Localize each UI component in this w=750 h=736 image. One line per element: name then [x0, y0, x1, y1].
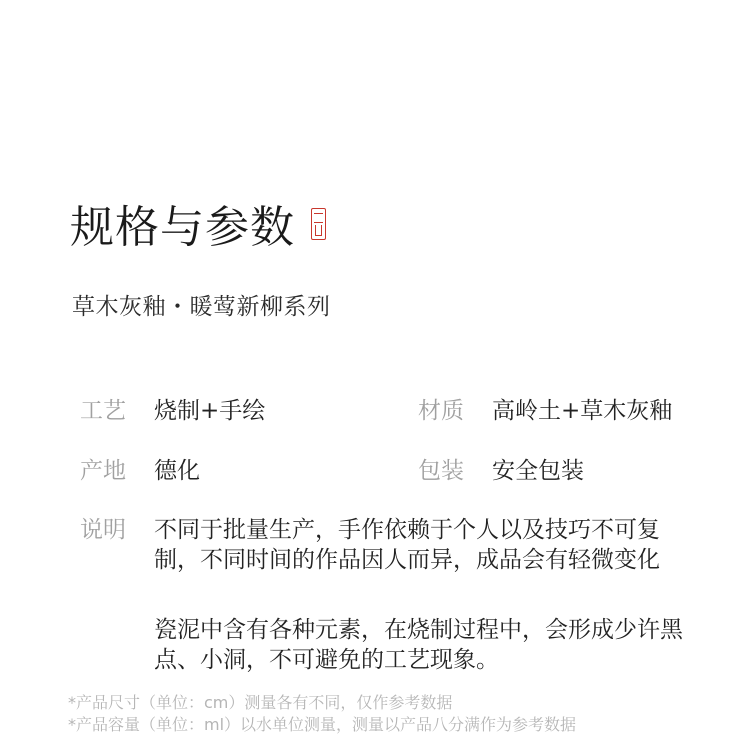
- title-row: 规格与参数: [70, 200, 326, 256]
- description-body: 不同于批量生产，手作依赖于个人以及技巧不可复制，不同时间的作品因人而异，成品会有…: [154, 515, 684, 675]
- footnote-size: *产品尺寸（单位：cm）测量各有不同，仅作参考数据: [68, 692, 576, 714]
- description-section: 说明 不同于批量生产，手作依赖于个人以及技巧不可复制，不同时间的作品因人而异，成…: [80, 515, 684, 675]
- spec-origin: 产地 德化: [80, 456, 200, 486]
- spec-label: 工艺: [80, 396, 154, 426]
- spec-craft: 工艺 烧制+手绘: [80, 396, 265, 426]
- spec-value: 烧制+手绘: [154, 396, 265, 426]
- footnotes: *产品尺寸（单位：cm）测量各有不同，仅作参考数据 *产品容量（单位：ml）以水…: [68, 692, 576, 736]
- product-series-subtitle: 草木灰釉・暖莺新柳系列: [72, 292, 331, 322]
- spec-label: 材质: [418, 396, 492, 426]
- footnote-capacity: *产品容量（单位：ml）以水单位测量，测量以产品八分满作为参考数据: [68, 714, 576, 736]
- spec-value: 德化: [154, 456, 200, 486]
- spec-label: 产地: [80, 456, 154, 486]
- description-paragraph: 不同于批量生产，手作依赖于个人以及技巧不可复制，不同时间的作品因人而异，成品会有…: [154, 515, 684, 575]
- description-label: 说明: [80, 515, 154, 675]
- spec-value: 安全包装: [492, 456, 584, 486]
- page-title: 规格与参数: [70, 200, 295, 256]
- spec-label: 包装: [418, 456, 492, 486]
- spec-value: 高岭土+草木灰釉: [492, 396, 672, 426]
- red-seal-stamp-icon: [311, 208, 326, 240]
- spec-packaging: 包装 安全包装: [418, 456, 584, 486]
- description-paragraph: 瓷泥中含有各种元素，在烧制过程中，会形成少许黑点、小洞，不可避免的工艺现象。: [154, 615, 684, 675]
- spec-material: 材质 高岭土+草木灰釉: [418, 396, 672, 426]
